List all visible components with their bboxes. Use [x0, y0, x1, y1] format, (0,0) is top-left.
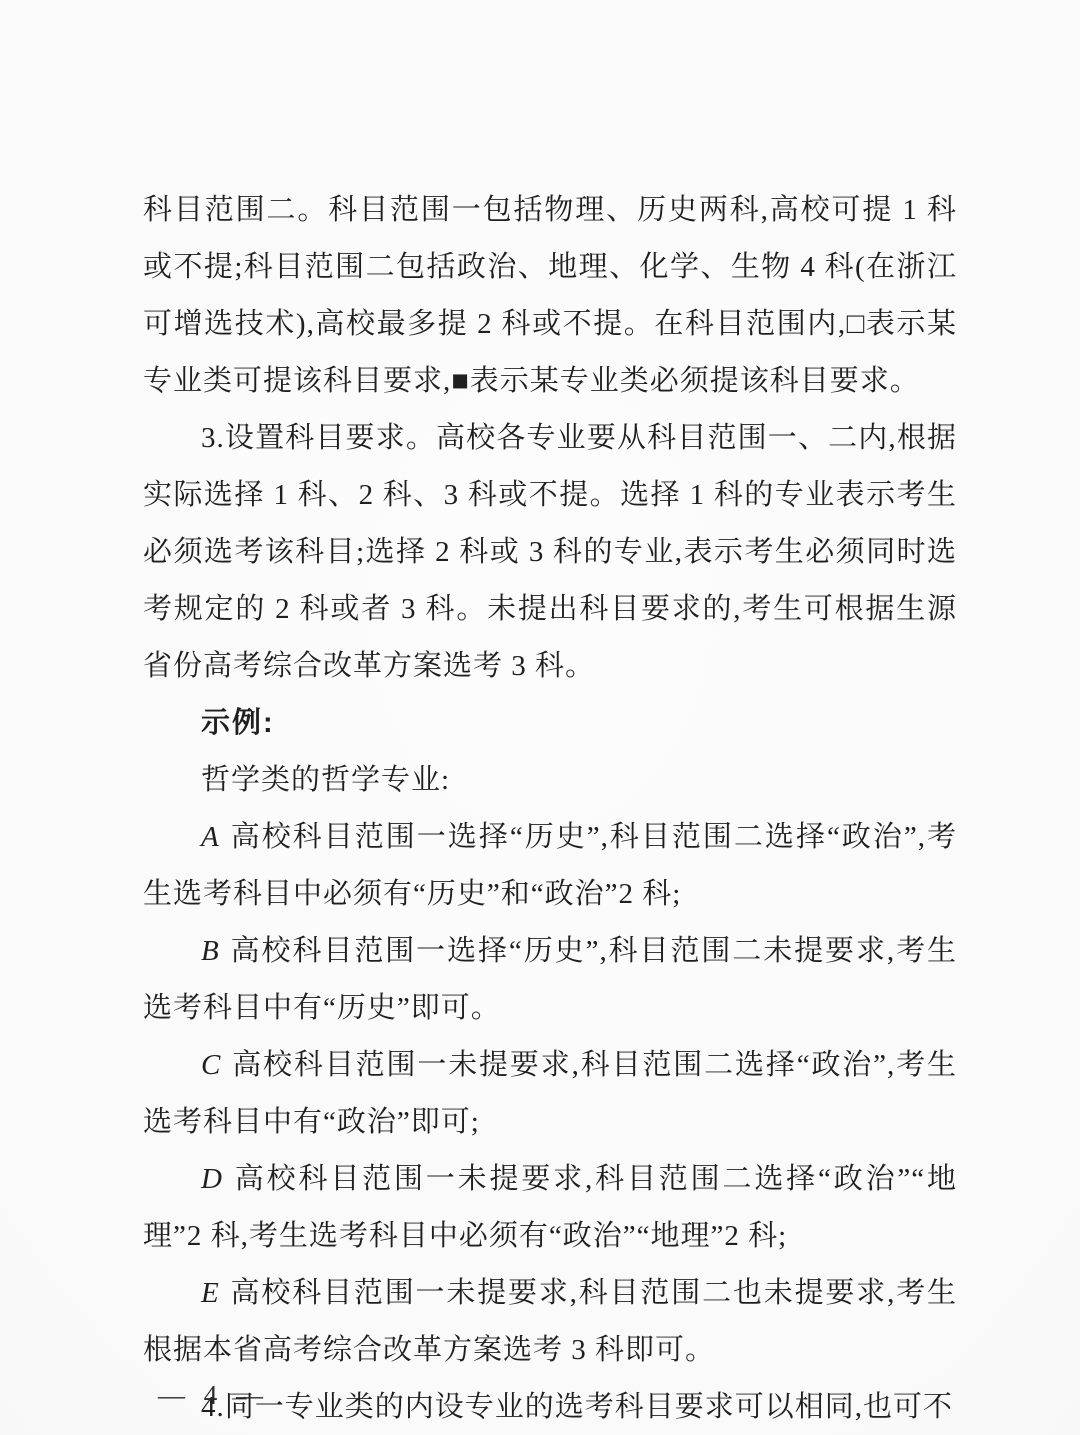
example-text-e: 高校科目范围一未提要求,科目范围二也未提要求,考生根据本省高考综合改革方案选考 … [143, 1277, 957, 1366]
document-body: 科目范围二。科目范围一包括物理、历史两科,高校可提 1 科或不提;科目范围二包括… [143, 182, 957, 1435]
document-page: 科目范围二。科目范围一包括物理、历史两科,高校可提 1 科或不提;科目范围二包括… [0, 0, 1080, 1435]
example-item-e: E高校科目范围一未提要求,科目范围二也未提要求,考生根据本省高考综合改革方案选考… [143, 1265, 957, 1379]
example-letter-e: E [201, 1277, 220, 1309]
example-letter-d: D [201, 1163, 223, 1195]
example-item-c: C高校科目范围一未提要求,科目范围二选择“政治”,考生选考科目中有“政治”即可; [143, 1037, 957, 1151]
example-item-d: D高校科目范围一未提要求,科目范围二选择“政治”“地理”2 科,考生选考科目中必… [143, 1151, 957, 1265]
example-letter-a: A [201, 821, 220, 853]
example-heading: 示例: [143, 695, 957, 752]
page-number-footer: — 4 — [158, 1380, 269, 1411]
paragraph-continuation: 科目范围二。科目范围一包括物理、历史两科,高校可提 1 科或不提;科目范围二包括… [143, 182, 957, 410]
example-item-b: B高校科目范围一选择“历史”,科目范围二未提要求,考生选考科目中有“历史”即可。 [143, 923, 957, 1037]
example-text-a: 高校科目范围一选择“历史”,科目范围二选择“政治”,考生选考科目中必须有“历史”… [143, 821, 957, 910]
example-text-b: 高校科目范围一选择“历史”,科目范围二未提要求,考生选考科目中有“历史”即可。 [143, 935, 957, 1024]
paragraph-item-3: 3.设置科目要求。高校各专业要从科目范围一、二内,根据实际选择 1 科、2 科、… [143, 410, 957, 695]
example-letter-b: B [201, 935, 220, 967]
example-letter-c: C [201, 1049, 221, 1081]
example-text-c: 高校科目范围一未提要求,科目范围二选择“政治”,考生选考科目中有“政治”即可; [143, 1049, 957, 1138]
example-intro: 哲学类的哲学专业: [143, 752, 957, 809]
example-item-a: A高校科目范围一选择“历史”,科目范围二选择“政治”,考生选考科目中必须有“历史… [143, 809, 957, 923]
example-text-d: 高校科目范围一未提要求,科目范围二选择“政治”“地理”2 科,考生选考科目中必须… [143, 1163, 957, 1252]
